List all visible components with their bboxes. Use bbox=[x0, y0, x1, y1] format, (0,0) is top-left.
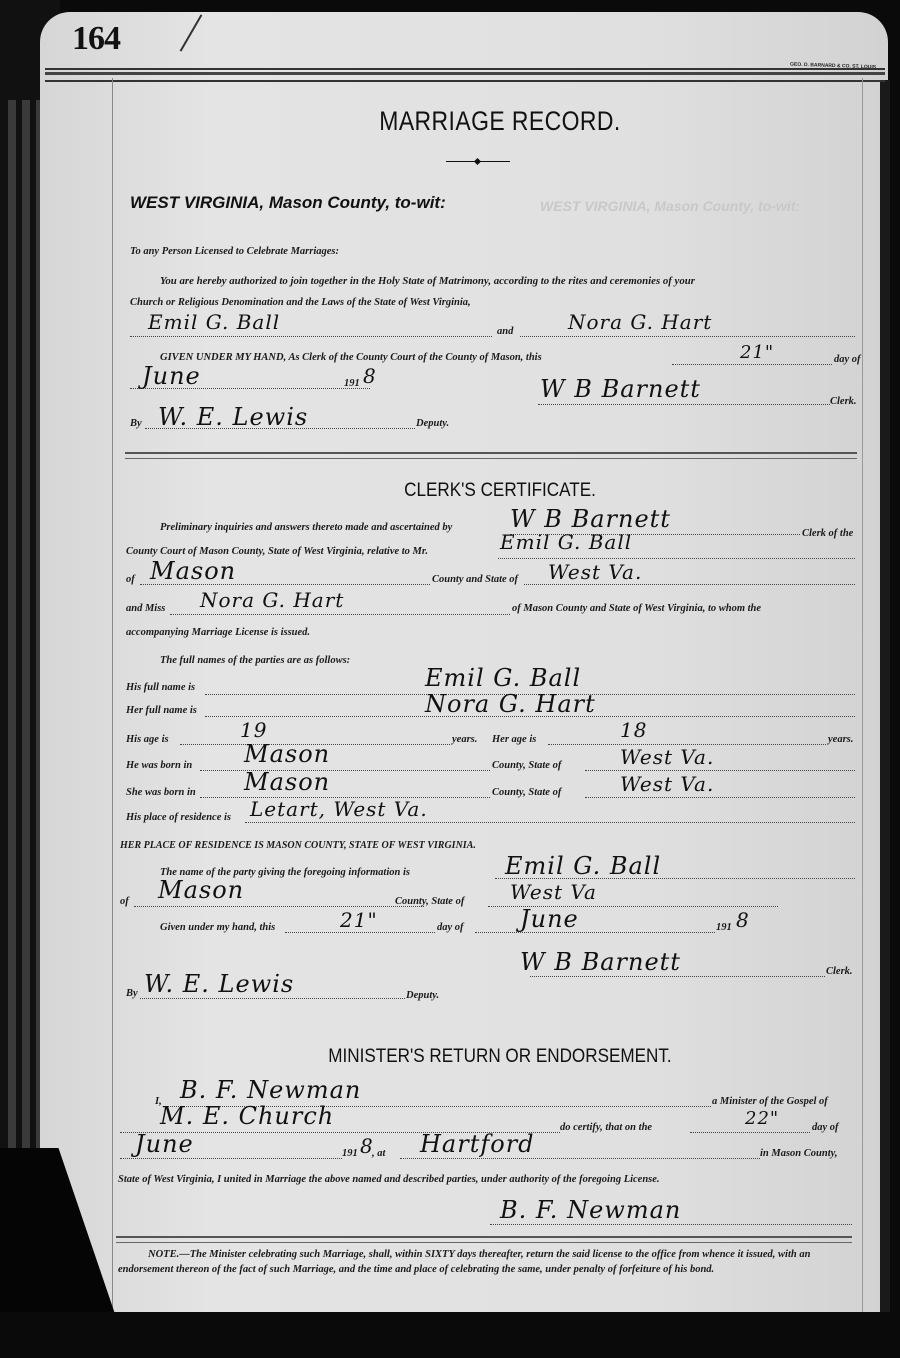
right-margin-line bbox=[862, 78, 863, 1318]
years-label-2: years. bbox=[828, 734, 853, 745]
cert-deputy-signature: W. E. Lewis bbox=[144, 970, 294, 998]
note-divider bbox=[116, 1236, 852, 1243]
of-county: Mason bbox=[150, 557, 236, 585]
his-residence: Letart, West Va. bbox=[250, 797, 428, 821]
in-mason-county-label: in Mason County, bbox=[760, 1148, 838, 1159]
he-born-state-line bbox=[585, 770, 855, 771]
bride-name: Nora G. Hart bbox=[568, 310, 712, 334]
page-right-edge bbox=[880, 80, 890, 1340]
note-text: NOTE.—The Minister celebrating such Marr… bbox=[118, 1247, 860, 1277]
deputy-signature: W. E. Lewis bbox=[158, 403, 308, 431]
clerk-label: Clerk. bbox=[830, 396, 857, 407]
minister-signature-line bbox=[490, 1224, 852, 1225]
marriage-place: Hartford bbox=[420, 1130, 535, 1158]
given-under-hand-label: GIVEN UNDER MY HAND, As Clerk of the Cou… bbox=[160, 352, 542, 363]
his-age: 19 bbox=[240, 718, 267, 742]
state-heading: WEST VIRGINIA, Mason County, to-wit: bbox=[130, 193, 446, 213]
license-day-line bbox=[672, 364, 832, 365]
given-under-hand-label-2: Given under my hand, this bbox=[160, 922, 275, 933]
her-name-label: Her full name is bbox=[126, 705, 197, 716]
informant-of-label: of bbox=[120, 896, 129, 907]
years-label: years. bbox=[452, 734, 477, 745]
page-number: 164 bbox=[72, 20, 120, 58]
section-divider bbox=[125, 452, 857, 459]
license-day: 21" bbox=[740, 342, 774, 363]
of-label: of bbox=[126, 574, 135, 585]
prelim-label: Preliminary inquiries and answers theret… bbox=[160, 522, 452, 533]
license-year-prefix: 191 bbox=[344, 378, 360, 389]
ministers-return-title: MINISTER'S RETURN OR ENDORSEMENT. bbox=[50, 1046, 900, 1068]
cert-year-suffix: 8 bbox=[736, 908, 750, 932]
cert-day-line bbox=[285, 932, 435, 933]
county-and-state-label: County and State of bbox=[432, 574, 518, 585]
informant-county: Mason bbox=[158, 876, 244, 904]
and-label: and bbox=[497, 326, 513, 337]
informant-name: Emil G. Ball bbox=[505, 852, 661, 880]
clerk-signature: W B Barnett bbox=[540, 375, 701, 403]
deputy-label: Deputy. bbox=[416, 418, 449, 429]
cert-clerk-line bbox=[530, 976, 825, 977]
full-names-label: The full names of the parties are as fol… bbox=[160, 655, 350, 666]
marriage-day-line bbox=[690, 1132, 810, 1133]
his-residence-line bbox=[245, 822, 855, 823]
binding-strip bbox=[22, 100, 30, 1218]
cert-year-prefix: 191 bbox=[716, 922, 732, 933]
he-born-state: West Va. bbox=[620, 745, 714, 769]
marriage-month-line bbox=[120, 1158, 342, 1159]
groom-state: West Va. bbox=[548, 560, 642, 584]
informant-county-line bbox=[134, 906, 424, 907]
salutation: To any Person Licensed to Celebrate Marr… bbox=[130, 246, 339, 257]
left-margin-line bbox=[112, 78, 113, 1318]
groom-line bbox=[130, 336, 492, 337]
his-full-name: Emil G. Ball bbox=[425, 664, 581, 692]
his-residence-label: His place of residence is bbox=[126, 812, 231, 823]
she-born-county: Mason bbox=[244, 768, 330, 796]
license-body-line2: Church or Religious Denomination and the… bbox=[130, 297, 471, 308]
she-born-state: West Va. bbox=[620, 772, 714, 796]
marriage-year-prefix: 191 bbox=[342, 1148, 358, 1159]
minister-name: B. F. Newman bbox=[180, 1076, 361, 1104]
cert-deputy-line bbox=[140, 998, 405, 999]
of-mason-label: of Mason County and State of West Virgin… bbox=[512, 603, 761, 614]
cert-by-label: By bbox=[126, 988, 138, 999]
certify-label: do certify, that on the bbox=[560, 1122, 652, 1133]
she-born-label: She was born in bbox=[126, 787, 196, 798]
informant-state: West Va bbox=[510, 880, 597, 904]
accompanying-label: accompanying Marriage License is issued. bbox=[126, 627, 310, 638]
minister-of-label: a Minister of the Gospel of bbox=[712, 1096, 828, 1107]
she-born-state-line bbox=[585, 797, 855, 798]
cert-month: June bbox=[520, 905, 579, 933]
license-month: June bbox=[142, 362, 201, 390]
county-court-label: County Court of Mason County, State of W… bbox=[126, 546, 428, 557]
by-label: By bbox=[130, 418, 142, 429]
bleed-through-heading: WEST VIRGINIA, Mason County, to-wit: bbox=[540, 198, 800, 214]
clerk-of-the-label: Clerk of the bbox=[802, 528, 853, 539]
he-born-label: He was born in bbox=[126, 760, 192, 771]
marriage-day: 22" bbox=[745, 1108, 779, 1129]
her-age-label: Her age is bbox=[492, 734, 536, 745]
mr-name: Emil G. Ball bbox=[500, 530, 632, 554]
groom-name: Emil G. Ball bbox=[148, 310, 280, 334]
cert-deputy-label: Deputy. bbox=[406, 990, 439, 1001]
bride-line bbox=[520, 336, 855, 337]
miss-name: Nora G. Hart bbox=[200, 588, 344, 612]
her-residence-statement: HER PLACE OF RESIDENCE IS MASON COUNTY, … bbox=[120, 840, 476, 851]
page-title-text: MARRIAGE RECORD. bbox=[379, 106, 620, 136]
minister-day-of-label: day of bbox=[812, 1122, 839, 1133]
license-body-line1: You are hereby authorized to join togeth… bbox=[160, 275, 695, 287]
and-miss-label: and Miss bbox=[126, 603, 165, 614]
he-born-county: Mason bbox=[244, 740, 330, 768]
her-full-name: Nora G. Hart bbox=[425, 690, 596, 718]
cert-month-line bbox=[475, 932, 715, 933]
marriage-month: June bbox=[135, 1130, 194, 1158]
his-age-label: His age is bbox=[126, 734, 169, 745]
page-bottom-shadow bbox=[0, 1312, 900, 1358]
clerk-signature-line bbox=[538, 404, 830, 405]
cert-clerk-label: Clerk. bbox=[826, 966, 853, 977]
page-title: MARRIAGE RECORD. bbox=[75, 106, 900, 137]
prelim-clerk: W B Barnett bbox=[510, 505, 671, 533]
at-label: , at bbox=[372, 1148, 385, 1159]
miss-line bbox=[170, 614, 510, 615]
cert-clerk-signature: W B Barnett bbox=[520, 948, 681, 976]
church-name: M. E. Church bbox=[160, 1102, 334, 1130]
clerks-certificate-title: CLERK'S CERTIFICATE. bbox=[50, 480, 900, 502]
minister-signature: B. F. Newman bbox=[500, 1196, 681, 1224]
informant-county-state-label: County, State of bbox=[395, 896, 464, 907]
title-ornament bbox=[446, 161, 510, 162]
binding-strip bbox=[8, 100, 16, 1218]
place-line bbox=[400, 1158, 760, 1159]
day-of-label: day of bbox=[834, 354, 861, 365]
header-rule bbox=[45, 68, 885, 82]
county-state-of-label: County, State of bbox=[492, 760, 561, 771]
state-line bbox=[524, 584, 855, 585]
united-statement: State of West Virginia, I united in Marr… bbox=[118, 1174, 660, 1185]
mr-line bbox=[498, 558, 855, 559]
her-age: 18 bbox=[620, 718, 647, 742]
license-year-suffix: 8 bbox=[363, 364, 377, 388]
county-state-of-label-2: County, State of bbox=[492, 787, 561, 798]
his-name-label: His full name is bbox=[126, 682, 195, 693]
cert-day: 21" bbox=[340, 908, 378, 932]
day-of-label-2: day of bbox=[437, 922, 464, 933]
